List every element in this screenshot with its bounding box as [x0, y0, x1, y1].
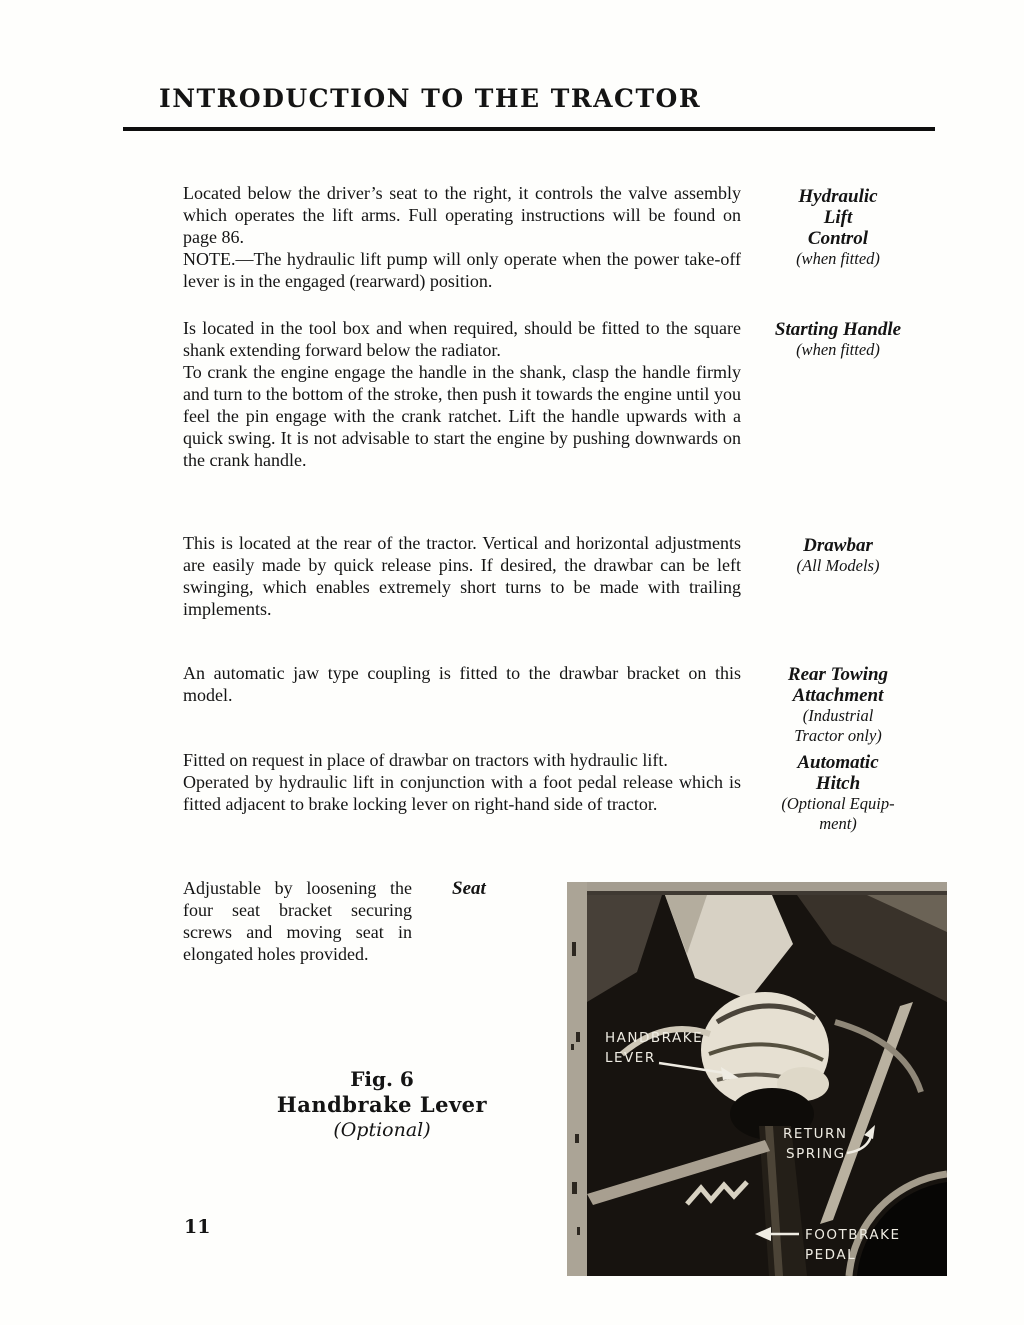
side-heading-automatic-hitch: Automatic Hitch (Optional Equip- ment) [747, 752, 929, 834]
paragraph: Located below the driver’s seat to the r… [183, 182, 741, 248]
side-heading-note: (Optional Equip- [747, 794, 929, 814]
paragraph: Operated by hydraulic lift in conjunctio… [183, 771, 741, 815]
side-heading-starting-handle: Starting Handle (when fitted) [747, 319, 929, 360]
page-title: INTRODUCTION TO THE TRACTOR [159, 84, 701, 113]
side-heading-line: Hydraulic [747, 186, 929, 207]
figure-photo: HANDBRAKE LEVER RETURN SPRING FOOTBRAKE … [567, 882, 947, 1276]
section-automatic-hitch-body: Fitted on request in place of drawbar on… [183, 749, 741, 815]
paragraph: To crank the engine engage the handle in… [183, 361, 741, 471]
paragraph: This is located at the rear of the tract… [183, 532, 741, 620]
figure-number: Fig. 6 [262, 1066, 502, 1092]
handbrake-photo: HANDBRAKE LEVER RETURN SPRING FOOTBRAKE … [567, 882, 947, 1276]
photo-top-edge [567, 882, 947, 891]
side-heading-note: (when fitted) [747, 340, 929, 360]
side-heading-seat: Seat [452, 878, 486, 900]
section-seat-body: Adjustable by loosening the four seat br… [183, 877, 412, 965]
side-heading-line: Rear Towing [747, 664, 929, 685]
page-number: 11 [184, 1216, 210, 1238]
photo-label-text: FOOTBRAKE [805, 1227, 900, 1243]
paragraph: Fitted on request in place of drawbar on… [183, 749, 741, 771]
side-heading-line: Lift [747, 207, 929, 228]
paragraph: NOTE.—The hydraulic lift pump will only … [183, 248, 741, 292]
figure-note: (Optional) [262, 1118, 502, 1143]
side-heading-note: (All Models) [747, 556, 929, 576]
photo-label-text: RETURN [783, 1126, 848, 1142]
figure-caption-block: Fig. 6 Handbrake Lever (Optional) [262, 1066, 502, 1143]
section-hydraulic-lift-control-body: Located below the driver’s seat to the r… [183, 182, 741, 292]
paragraph: Is located in the tool box and when requ… [183, 317, 741, 361]
side-heading-rear-towing: Rear Towing Attachment (Industrial Tract… [747, 664, 929, 746]
title-rule [123, 127, 935, 131]
photo-left-edge [567, 882, 587, 1276]
photo-label-text: SPRING [786, 1146, 846, 1162]
section-rear-towing-body: An automatic jaw type coupling is fitted… [183, 662, 741, 706]
side-heading-line: Starting Handle [747, 319, 929, 340]
photo-label-text: PEDAL [805, 1247, 856, 1263]
side-heading-line: Hitch [747, 773, 929, 794]
side-heading-line: Attachment [747, 685, 929, 706]
side-heading-note: (Industrial [747, 706, 929, 726]
photo-label-text: LEVER [605, 1050, 656, 1066]
side-heading-drawbar: Drawbar (All Models) [747, 535, 929, 576]
paragraph: Adjustable by loosening the four seat br… [183, 877, 412, 965]
paragraph: An automatic jaw type coupling is fitted… [183, 662, 741, 706]
side-heading-line: Drawbar [747, 535, 929, 556]
side-heading-line: Automatic [747, 752, 929, 773]
side-heading-line: Control [747, 228, 929, 249]
side-heading-note: ment) [747, 814, 929, 834]
figure-title: Handbrake Lever [262, 1092, 502, 1118]
photo-top-shadow [567, 891, 947, 895]
manual-page: INTRODUCTION TO THE TRACTOR Located belo… [0, 0, 1024, 1325]
section-starting-handle-body: Is located in the tool box and when requ… [183, 317, 741, 471]
side-heading-hydraulic-lift-control: Hydraulic Lift Control (when fitted) [747, 186, 929, 269]
side-heading-note: (when fitted) [747, 249, 929, 269]
photo-label-text: HANDBRAKE [605, 1030, 703, 1046]
side-heading-note: Tractor only) [747, 726, 929, 746]
section-drawbar-body: This is located at the rear of the tract… [183, 532, 741, 620]
